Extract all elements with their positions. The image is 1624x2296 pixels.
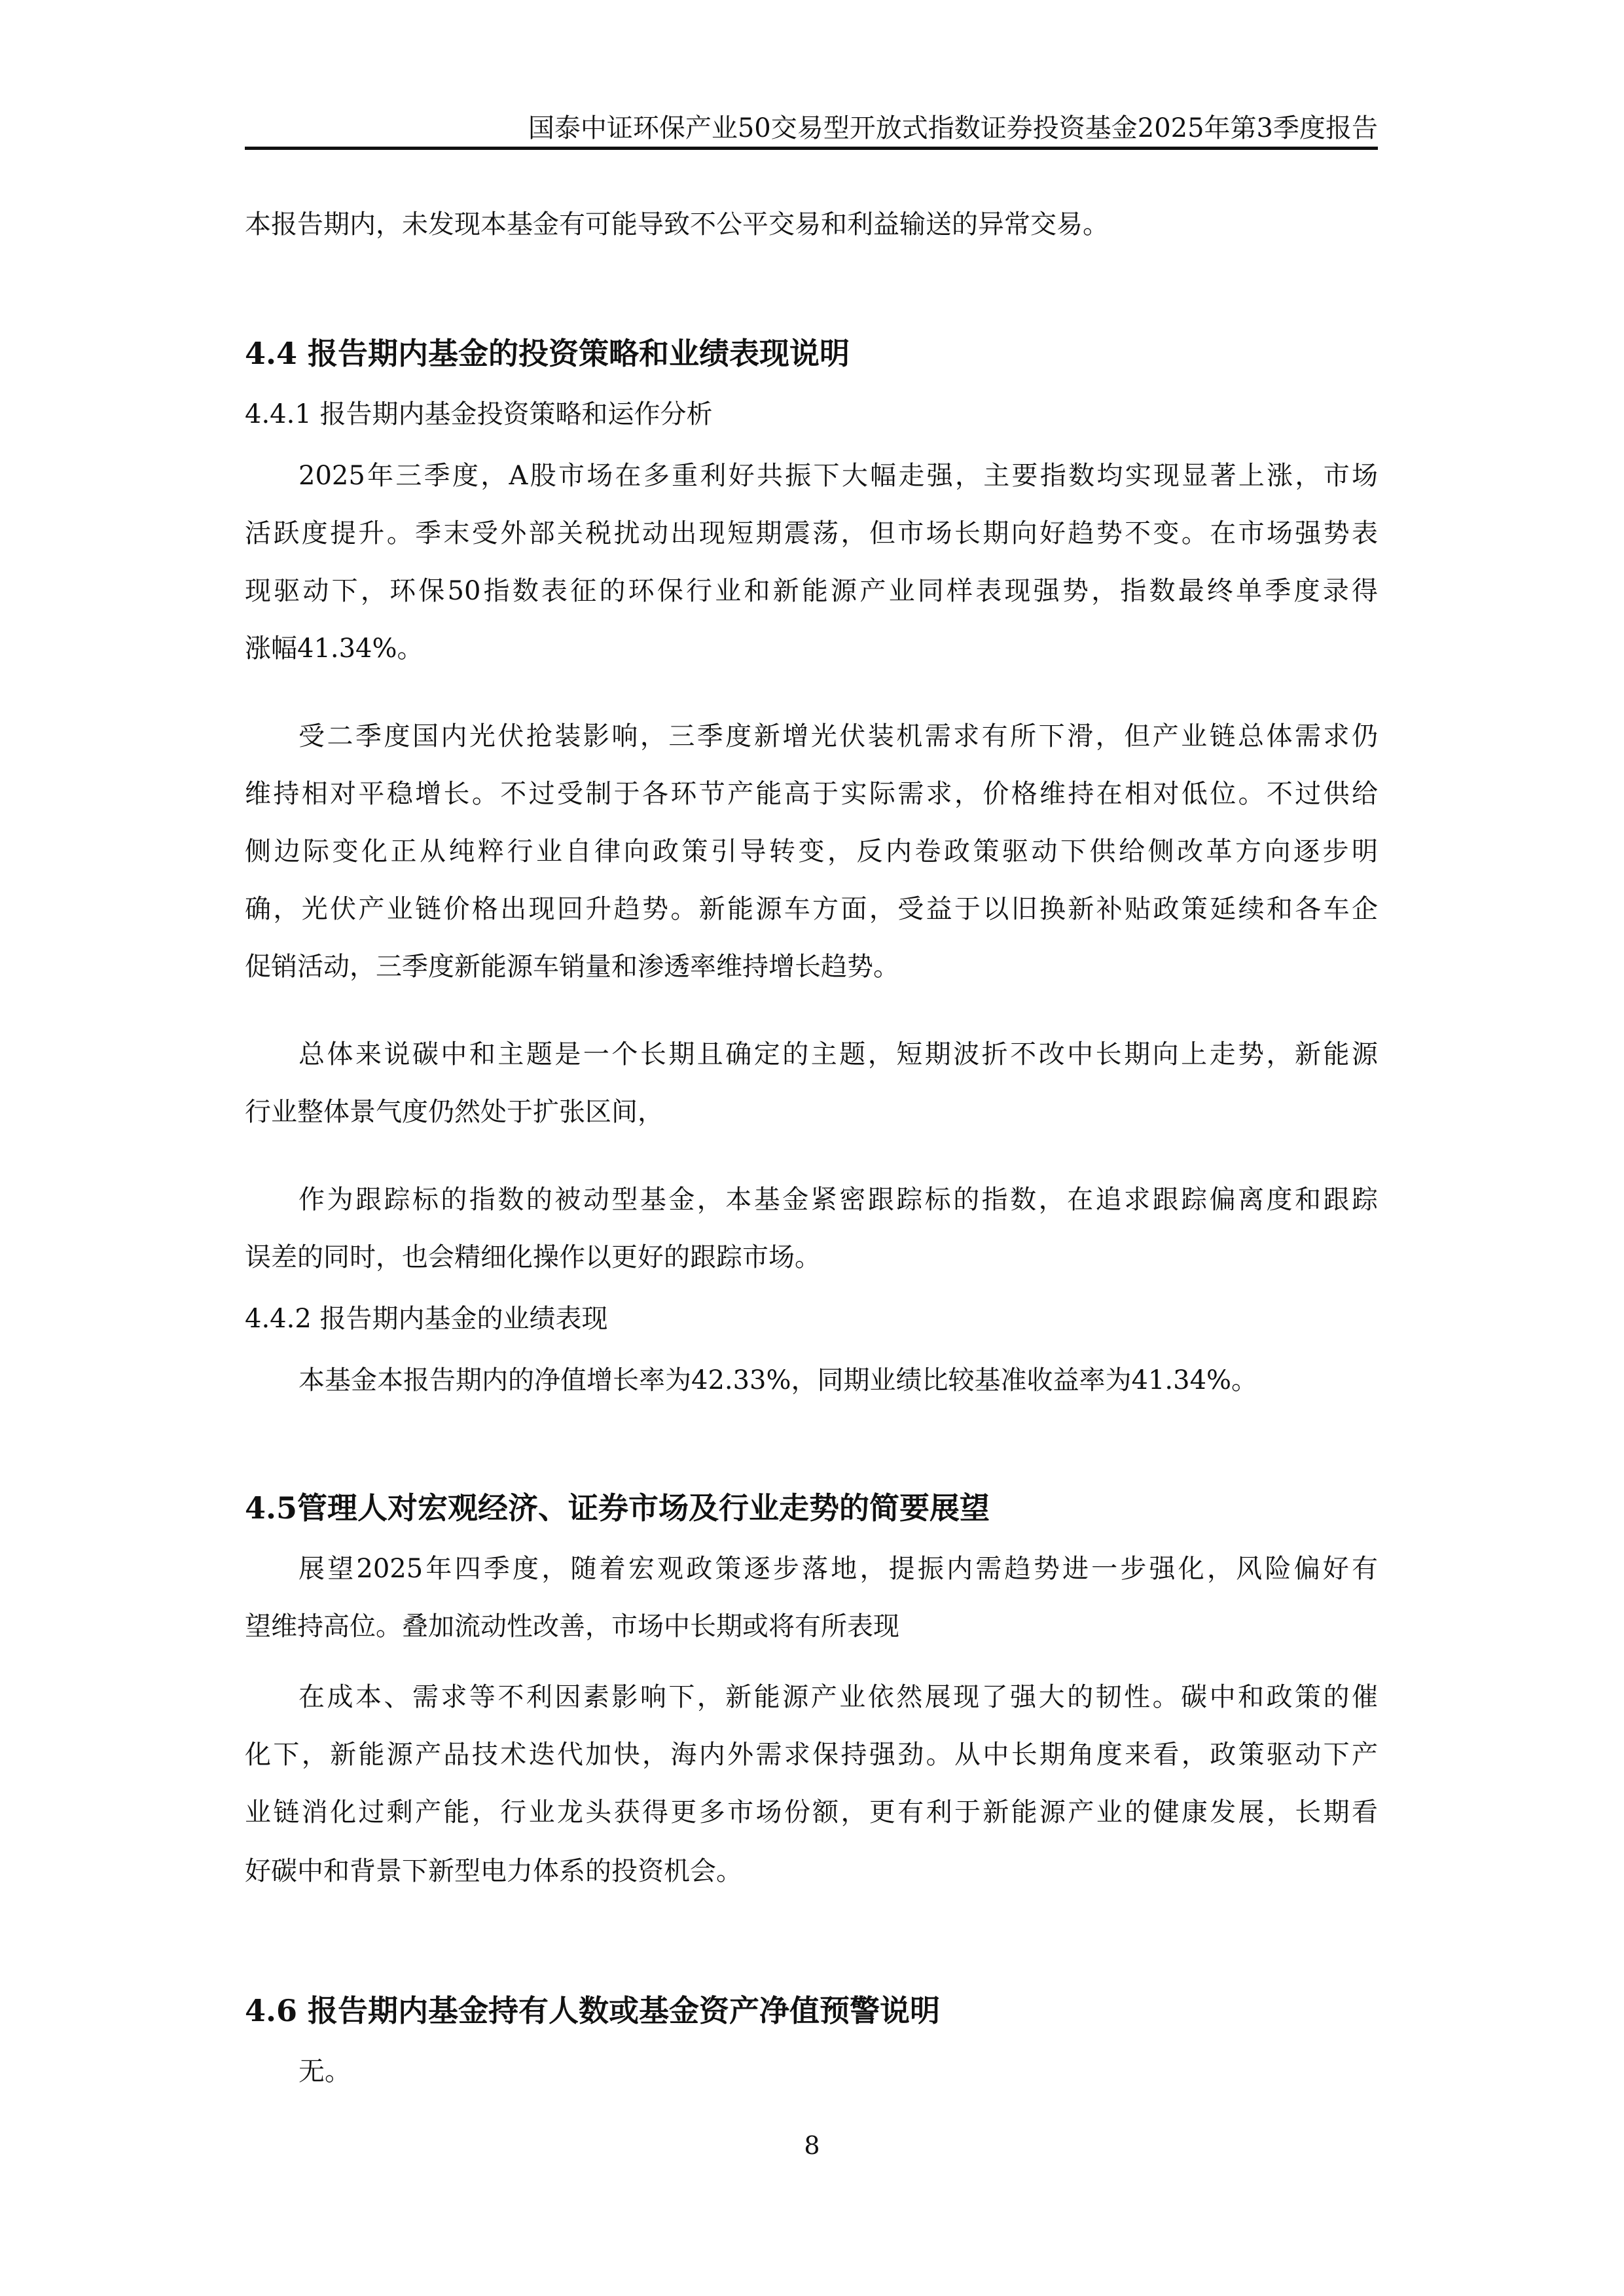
paragraph-line: 作为跟踪标的指数的被动型基金，本基金紧密跟踪标的指数，在追求跟踪偏离度和跟踪	[298, 1183, 1378, 1216]
paragraph-line: 受二季度国内光伏抢装影响，三季度新增光伏装机需求有所下滑，但产业链总体需求仍	[298, 720, 1378, 753]
paragraph-line: 总体来说碳中和主题是一个长期且确定的主题，短期波折不改中长期向上走势，新能源	[298, 1038, 1378, 1071]
paragraph-line: 行业整体景气度仍然处于扩张区间，	[245, 1096, 664, 1128]
document-page: 国泰中证环保产业50交易型开放式指数证券投资基金2025年第3季度报告 本报告期…	[0, 0, 1624, 2296]
paragraph-line: 展望2025年四季度，随着宏观政策逐步落地，提振内需趋势进一步强化，风险偏好有	[298, 1552, 1378, 1585]
paragraph-line: 误差的同时，也会精细化操作以更好的跟踪市场。	[245, 1241, 821, 1274]
paragraph-line: 2025年三季度，A股市场在多重利好共振下大幅走强，主要指数均实现显著上涨，市场	[298, 459, 1378, 492]
paragraph-line: 侧边际变化正从纯粹行业自律向政策引导转变，反内卷政策驱动下供给侧改革方向逐步明	[245, 835, 1378, 868]
header-divider	[245, 147, 1378, 150]
paragraph-line: 维持相对平稳增长。不过受制于各环节产能高于实际需求，价格维持在相对低位。不过供给	[245, 778, 1378, 810]
paragraph-line: 好碳中和背景下新型电力体系的投资机会。	[245, 1855, 742, 1888]
section-4-4-heading: 4.4 报告期内基金的投资策略和业绩表现说明	[245, 335, 850, 372]
paragraph-line: 化下，新能源产品技术迭代加快，海内外需求保持强劲。从中长期角度来看，政策驱动下产	[245, 1738, 1378, 1771]
warning-statement: 无。	[298, 2055, 351, 2088]
paragraph-line: 涨幅41.34%。	[245, 632, 424, 665]
paragraph-line: 促销活动，三季度新能源车销量和渗透率维持增长趋势。	[245, 950, 899, 983]
subsection-4-4-1-heading: 4.4.1 报告期内基金投资策略和运作分析	[245, 398, 713, 431]
section-4-5-heading: 4.5管理人对宏观经济、证券市场及行业走势的简要展望	[245, 1490, 990, 1526]
intro-paragraph: 本报告期内，未发现本基金有可能导致不公平交易和利益输送的异常交易。	[245, 208, 1109, 241]
paragraph-line: 现驱动下，环保50指数表征的环保行业和新能源产业同样表现强势，指数最终单季度录得	[245, 575, 1378, 607]
paragraph-line: 活跃度提升。季末受外部关税扰动出现短期震荡，但市场长期向好趋势不变。在市场强势表	[245, 517, 1378, 550]
paragraph-line: 在成本、需求等不利因素影响下，新能源产业依然展现了强大的韧性。碳中和政策的催	[298, 1681, 1378, 1713]
paragraph-line: 望维持高位。叠加流动性改善，市场中长期或将有所表现	[245, 1610, 899, 1643]
page-number: 8	[0, 2130, 1624, 2161]
running-header-title: 国泰中证环保产业50交易型开放式指数证券投资基金2025年第3季度报告	[528, 113, 1378, 144]
subsection-4-4-2-heading: 4.4.2 报告期内基金的业绩表现	[245, 1302, 608, 1335]
section-4-6-heading: 4.6 报告期内基金持有人数或基金资产净值预警说明	[245, 1992, 940, 2029]
paragraph-line: 业链消化过剩产能，行业龙头获得更多市场份额，更有利于新能源产业的健康发展，长期看	[245, 1796, 1378, 1829]
performance-statement: 本基金本报告期内的净值增长率为42.33%，同期业绩比较基准收益率为41.34%…	[298, 1364, 1257, 1397]
paragraph-line: 确，光伏产业链价格出现回升趋势。新能源车方面，受益于以旧换新补贴政策延续和各车企	[245, 893, 1378, 925]
